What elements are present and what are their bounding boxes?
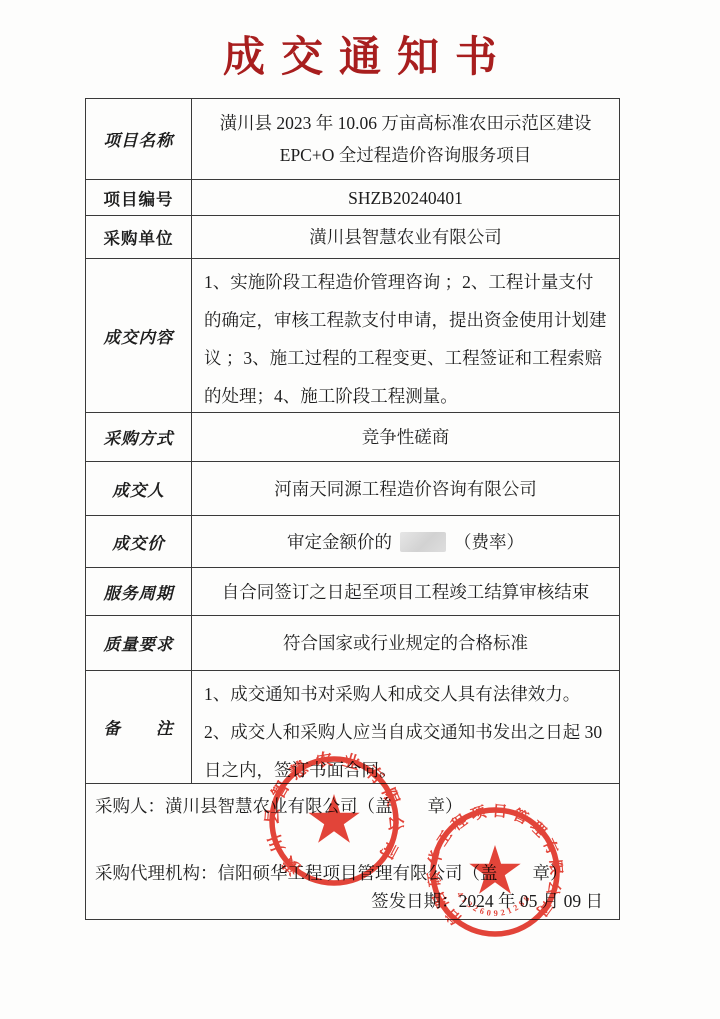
row-value: SHZB20240401 [192, 180, 619, 215]
row-label: 服务周期 [86, 568, 192, 615]
table-row-procurement-method: 采购方式 竞争性磋商 [86, 413, 619, 462]
row-label: 采购方式 [86, 413, 192, 461]
row-label: 成交人 [86, 462, 192, 515]
row-value: 潢川县智慧农业有限公司 [192, 216, 619, 258]
table-row-award-price: 成交价 审定金额价的 （费率） [86, 516, 619, 568]
award-table: 项目名称 潢川县 2023 年 10.06 万亩高标准农田示范区建设 EPC+O… [85, 98, 620, 784]
row-value: 自合同签订之日起至项目工程竣工结算审核结束 [192, 568, 619, 615]
row-value: 审定金额价的 （费率） [192, 516, 619, 567]
award-price-prefix: 审定金额价的 [287, 526, 392, 558]
table-row-project-name: 项目名称 潢川县 2023 年 10.06 万亩高标准农田示范区建设 EPC+O… [86, 99, 619, 180]
row-label: 成交价 [86, 516, 192, 567]
table-row-award-content: 成交内容 1、实施阶段工程造价管理咨询 ；2、工程计量支付的确定，审核工程款支付… [86, 259, 619, 413]
table-row-project-number: 项目编号 SHZB20240401 [86, 180, 619, 216]
row-label: 项目编号 [86, 180, 192, 215]
table-row-winner: 成交人 河南天同源工程造价咨询有限公司 [86, 462, 619, 516]
row-label: 采购单位 [86, 216, 192, 258]
row-value: 河南天同源工程造价咨询有限公司 [192, 462, 619, 515]
project-name-line-1: 潢川县 2023 年 10.06 万亩高标准农田示范区建设 [220, 107, 592, 139]
table-row-quality-requirement: 质量要求 符合国家或行业规定的合格标准 [86, 616, 619, 671]
table-row-service-period: 服务周期 自合同签订之日起至项目工程竣工结算审核结束 [86, 568, 619, 616]
award-price-value: 审定金额价的 （费率） [287, 526, 524, 558]
buyer-line: 采购人：潢川县智慧农业有限公司（盖 章） [95, 793, 463, 818]
row-label: 成交内容 [86, 259, 192, 412]
notice-title: 成交通知书 [0, 24, 720, 84]
row-label: 项目名称 [86, 99, 192, 179]
signature-box: 采购人：潢川县智慧农业有限公司（盖 章） 采购代理机构：信阳硕华工程项目管理有限… [85, 782, 620, 920]
row-value: 1、成交通知书对采购人和成交人具有法律效力。 2、成交人和采购人应当自成交通知书… [192, 671, 619, 783]
redacted-rate-box [400, 532, 446, 552]
award-price-suffix: （费率） [454, 526, 524, 558]
row-label: 备 注 [86, 671, 192, 783]
project-name-line-2: EPC+O 全过程造价咨询服务项目 [280, 139, 531, 171]
scanned-award-notice-page: 成交通知书 项目名称 潢川县 2023 年 10.06 万亩高标准农田示范区建设… [0, 0, 720, 1019]
row-value: 1、实施阶段工程造价管理咨询 ；2、工程计量支付的确定，审核工程款支付申请，提出… [192, 259, 619, 412]
row-value: 潢川县 2023 年 10.06 万亩高标准农田示范区建设 EPC+O 全过程造… [192, 99, 619, 179]
table-row-remarks: 备 注 1、成交通知书对采购人和成交人具有法律效力。 2、成交人和采购人应当自成… [86, 671, 619, 783]
row-value: 符合国家或行业规定的合格标准 [192, 616, 619, 670]
row-label: 质量要求 [86, 616, 192, 670]
remark-item-1: 1、成交通知书对采购人和成交人具有法律效力。 [204, 675, 607, 713]
remark-item-2: 2、成交人和采购人应当自成交通知书发出之日起 30 日之内，签订书面合同。 [204, 713, 607, 789]
issue-date-line: 签发日期：2024 年 05 月 09 日 [371, 888, 603, 913]
row-value: 竞争性磋商 [192, 413, 619, 461]
agency-line: 采购代理机构：信阳硕华工程项目管理有限公司（盖 章） [95, 860, 568, 885]
table-row-purchaser: 采购单位 潢川县智慧农业有限公司 [86, 216, 619, 259]
